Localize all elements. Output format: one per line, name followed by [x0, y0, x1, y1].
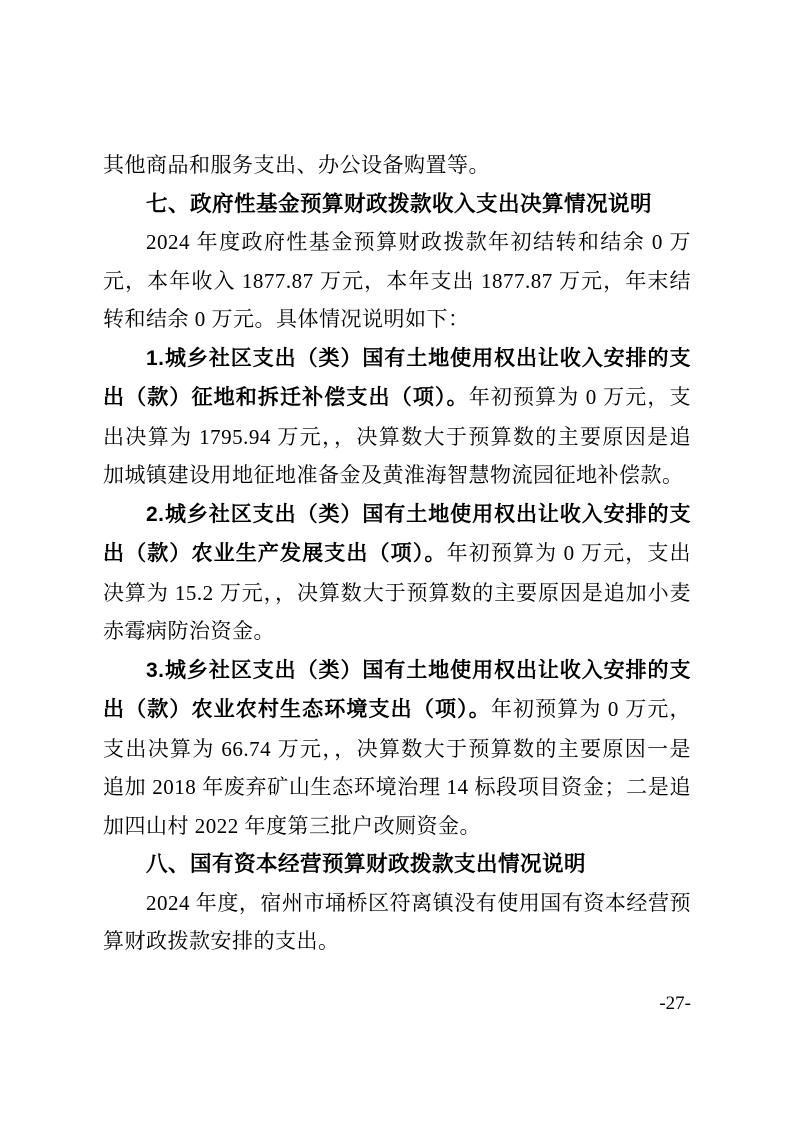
page-number: -27-	[659, 992, 691, 1016]
heading-text: 七、政府性基金预算财政拨款收入支出决算情况说明	[146, 192, 652, 216]
paragraph-continuation: 其他商品和服务支出、办公设备购置等。	[103, 146, 691, 185]
paragraph-text: 2024 年度，宿州市埇桥区符离镇没有使用国有资本经营预算财政拨款安排的支出。	[103, 891, 691, 954]
paragraph-item-2: 2.城乡社区支出（类）国有土地使用权出让收入安排的支出（款）农业生产发展支出（项…	[103, 495, 691, 651]
section-heading-seven: 七、政府性基金预算财政拨款收入支出决算情况说明	[103, 185, 691, 224]
document-page: 其他商品和服务支出、办公设备购置等。 七、政府性基金预算财政拨款收入支出决算情况…	[0, 0, 793, 1122]
paragraph-item-1: 1.城乡社区支出（类）国有土地使用权出让收入安排的支出（款）征地和拆迁补偿支出（…	[103, 339, 691, 495]
document-body: 其他商品和服务支出、办公设备购置等。 七、政府性基金预算财政拨款收入支出决算情况…	[103, 146, 691, 961]
paragraph-gov-fund-summary: 2024 年度政府性基金预算财政拨款年初结转和结余 0 万元，本年收入 1877…	[103, 223, 691, 339]
paragraph-text: 2024 年度政府性基金预算财政拨款年初结转和结余 0 万元，本年收入 1877…	[103, 230, 691, 331]
heading-text: 八、国有资本经营预算财政拨款支出情况说明	[146, 852, 586, 876]
paragraph-state-capital-summary: 2024 年度，宿州市埇桥区符离镇没有使用国有资本经营预算财政拨款安排的支出。	[103, 884, 691, 961]
paragraph-item-3: 3.城乡社区支出（类）国有土地使用权出让收入安排的支出（款）农业农村生态环境支出…	[103, 651, 691, 846]
section-heading-eight: 八、国有资本经营预算财政拨款支出情况说明	[103, 845, 691, 884]
paragraph-text: 其他商品和服务支出、办公设备购置等。	[103, 153, 490, 177]
